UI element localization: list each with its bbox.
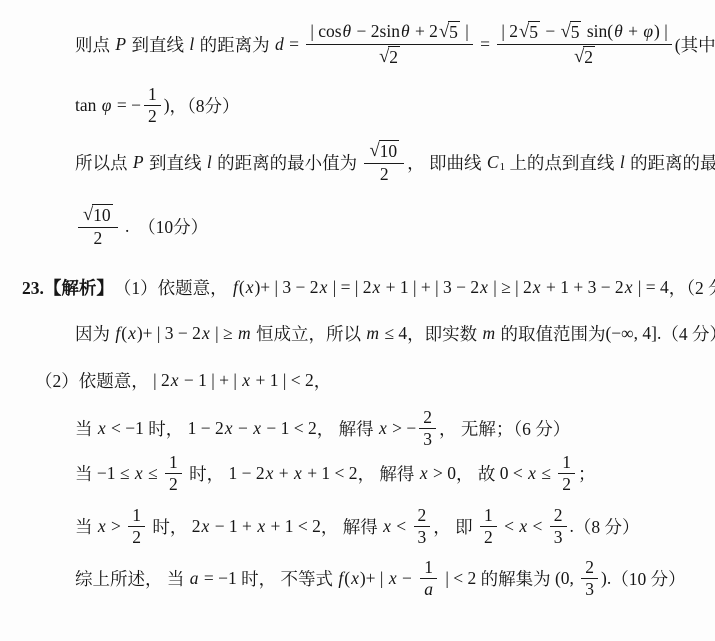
math-text: 1 <box>132 506 141 525</box>
math-variable: x <box>245 277 255 298</box>
cjk-text: 到直线 <box>127 32 188 57</box>
cjk-text: 当 <box>75 514 97 539</box>
math-text: = <box>476 34 495 55</box>
math-text: 2 <box>148 107 157 126</box>
cjk-text: 恒成立，所以 <box>252 321 366 346</box>
math-variable: m <box>237 323 252 344</box>
math-text: | cos <box>310 22 341 41</box>
math-text: )+ | 3 − 2 <box>254 277 318 298</box>
fraction-numerator: 1 <box>420 558 437 579</box>
fraction: 12 <box>480 506 497 547</box>
math-variable: x <box>479 277 489 298</box>
case3-line: 当 x > 12 时， 2x − 1 + x + 1 < 2， 解得 x < 2… <box>0 502 715 550</box>
math-text: (−∞, 4]. <box>605 323 661 344</box>
math-text: + 1 + 3 − 2 <box>542 277 624 298</box>
math-text: ≤ <box>144 463 162 484</box>
math-text: 1 <box>169 453 178 472</box>
cjk-text: 的距离的最小值为 <box>626 150 715 175</box>
math-variable: φ <box>101 95 113 116</box>
cjk-text: 时， <box>185 461 229 486</box>
cjk-text: 的距离为 <box>195 32 274 57</box>
math-variable: θ <box>613 22 624 41</box>
math-text: − <box>234 418 253 439</box>
math-text: | = | 2 <box>328 277 371 298</box>
math-variable: P <box>114 34 127 55</box>
fraction-numerator: | 2√5 − √5 sin(θ + φ) | <box>497 21 671 44</box>
radical: √5 <box>561 21 582 42</box>
math-text: + <box>274 463 293 484</box>
cjk-text: ， 解得 <box>317 416 378 441</box>
math-variable: x <box>256 516 266 537</box>
fraction-denominator: 3 <box>414 527 431 547</box>
math-text: > 0 <box>429 463 456 484</box>
part1-conclusion-line: 因为 f(x)+ | 3 − 2x | ≥ m 恒成立，所以 m ≤ 4，即实数… <box>0 318 715 348</box>
radical: √5 <box>519 21 540 42</box>
math-text: 2 <box>389 47 398 67</box>
radical-sign: √ <box>439 22 449 41</box>
min-distance-line: 所以点 P 到直线 l 的距离的最小值为 √102， 即曲线 C1 上的点到直线… <box>0 128 715 196</box>
math-text: 2 <box>169 475 178 494</box>
math-text: − 1 < 2 <box>262 418 317 439</box>
math-text: 2 <box>380 165 389 184</box>
math-text: 3 <box>418 528 427 547</box>
subscript: 1 <box>500 161 506 173</box>
fraction-denominator: 2 <box>165 474 182 494</box>
math-text: 0 < <box>500 463 527 484</box>
fraction-numerator: 2 <box>414 506 431 527</box>
fraction-numerator: 1 <box>165 453 182 474</box>
math-text: | 2 <box>501 22 518 41</box>
math-variable: x <box>382 516 392 537</box>
math-variable: x <box>371 277 381 298</box>
radicand: 2 <box>583 46 595 67</box>
math-text: 3 <box>585 580 594 599</box>
math-text: 2 <box>93 229 102 248</box>
math-text: 2 <box>484 528 493 547</box>
math-text: > − <box>388 418 417 439</box>
math-text: < <box>500 516 519 537</box>
math-variable: θ <box>400 22 411 41</box>
fraction: 12 <box>144 85 161 126</box>
math-text: 2 <box>132 528 141 547</box>
math-text: = <box>285 34 304 55</box>
math-variable: x <box>201 516 211 537</box>
cjk-text: 时， <box>148 514 192 539</box>
math-text: < <box>392 516 411 537</box>
math-text: ) | <box>654 22 668 41</box>
cjk-text: 综上所述， 当 <box>75 566 189 591</box>
math-variable: x <box>97 516 107 537</box>
fraction-denominator: 2 <box>480 527 497 547</box>
radicand: 5 <box>448 21 460 42</box>
math-variable: x <box>241 370 251 391</box>
math-text: 3 <box>423 430 432 449</box>
radicand: 10 <box>379 140 400 161</box>
fraction-numerator: 1 <box>128 506 145 527</box>
fraction: 23 <box>550 506 567 547</box>
cjk-text: ， <box>314 368 332 393</box>
fraction-denominator: a <box>419 579 438 599</box>
math-variable: x <box>224 418 234 439</box>
radicand: 5 <box>570 21 582 42</box>
math-text: 5 <box>449 22 458 42</box>
math-variable: f <box>114 323 121 344</box>
math-text: − 2sin <box>352 22 400 41</box>
fraction: 23 <box>414 506 431 547</box>
math-variable: x <box>127 323 137 344</box>
math-text: > <box>107 516 126 537</box>
fraction-numerator: 2 <box>419 408 436 429</box>
fraction-denominator: 2 <box>89 228 106 248</box>
math-text: < −1 <box>107 418 144 439</box>
cjk-text: 时， 不等式 <box>237 566 338 591</box>
fraction-denominator: 2 <box>558 474 575 494</box>
math-text: . <box>121 216 130 237</box>
cjk-text: 的解集为 <box>476 566 555 591</box>
fraction-numerator: 2 <box>581 558 598 579</box>
fraction-denominator: √2 <box>569 45 600 67</box>
case1-line: 当 x < −1 时， 1 − 2x − x − 1 < 2， 解得 x > −… <box>0 412 715 444</box>
radicand: 5 <box>528 21 540 42</box>
fraction-numerator: 1 <box>144 85 161 106</box>
cjk-text: ； <box>578 461 596 486</box>
math-text: (0, <box>555 568 578 589</box>
radicand: 2 <box>388 46 400 67</box>
math-text: = −1 <box>200 568 237 589</box>
fraction: 12 <box>128 506 145 547</box>
math-text: 2 <box>562 475 571 494</box>
radical: √10 <box>369 140 399 161</box>
math-text: 5 <box>571 22 580 42</box>
fraction-numerator: 1 <box>558 453 575 474</box>
radicand: 10 <box>92 204 113 225</box>
math-variable: x <box>170 370 180 391</box>
bold-label: 23.【解析】 <box>22 275 114 300</box>
cjk-text: 所以点 <box>75 150 132 175</box>
math-variable: x <box>134 463 144 484</box>
math-variable: x <box>350 568 360 589</box>
math-variable: a <box>189 568 200 589</box>
math-variable: x <box>527 463 537 484</box>
math-text: 10 <box>380 141 398 161</box>
math-text: | <box>461 22 469 41</box>
cjk-text: ， 故 <box>456 461 500 486</box>
radical: √5 <box>439 21 460 42</box>
math-variable: x <box>293 463 303 484</box>
math-variable: x <box>518 516 528 537</box>
fraction: √102 <box>78 204 118 247</box>
math-text: )+ | 3 − 2 <box>137 323 201 344</box>
math-variable: x <box>624 277 634 298</box>
math-text: ≤ 4 <box>380 323 407 344</box>
math-text: + 1 < 2 <box>303 463 358 484</box>
fraction-denominator: 2 <box>376 164 393 184</box>
fraction-denominator: 2 <box>144 106 161 126</box>
math-text: − <box>541 22 560 41</box>
cjk-text: ， 解得 <box>358 461 419 486</box>
radical: √2 <box>574 46 595 67</box>
cjk-text: （1）依题意， <box>114 275 232 300</box>
math-variable: C <box>486 152 500 173</box>
math-text: 2 <box>423 408 432 427</box>
fraction: 23 <box>419 408 436 449</box>
math-text: 1 − 2 <box>229 463 265 484</box>
cjk-text: 时， <box>144 416 188 441</box>
math-text: 3 <box>554 528 563 547</box>
problem-23-part1-line: 23.【解析】（1）依题意， f(x)+ | 3 − 2x | = | 2x +… <box>0 256 715 318</box>
radical-sign: √ <box>519 22 529 41</box>
math-text: sin( <box>582 22 613 41</box>
math-text: 2 <box>584 47 593 67</box>
math-text: + 1 | < 2 <box>251 370 314 391</box>
math-variable: m <box>481 323 496 344</box>
fraction-numerator: 1 <box>480 506 497 527</box>
math-text: 2 <box>192 516 201 537</box>
math-variable: x <box>265 463 275 484</box>
tan-phi-line: tan φ = −12)，（8分） <box>0 82 715 128</box>
cjk-text: ， 即曲线 <box>407 150 486 175</box>
math-text: = − <box>112 95 141 116</box>
radical-sign: √ <box>379 47 389 66</box>
math-variable: x <box>532 277 542 298</box>
math-text: | ≥ | 2 <box>489 277 532 298</box>
math-variable: P <box>132 152 145 173</box>
math-variable: x <box>201 323 211 344</box>
part2-setup-line: （2）依题意， | 2x − 1 | + | x + 1 | < 2， <box>0 348 715 412</box>
fraction-denominator: √2 <box>374 45 405 67</box>
math-text: ≤ <box>537 463 555 484</box>
math-variable: f <box>232 277 239 298</box>
cjk-text: ，（2 分） <box>669 275 715 300</box>
math-text: < <box>528 516 547 537</box>
math-text: 5 <box>529 22 538 42</box>
math-variable: l <box>206 152 213 173</box>
cjk-text: 上的点到直线 <box>505 150 619 175</box>
cjk-text: 则点 <box>75 32 114 57</box>
math-text: 2 <box>418 506 427 525</box>
math-text: − 1 | + | <box>180 370 242 391</box>
math-text: − <box>398 568 417 589</box>
math-variable: l <box>188 34 195 55</box>
math-variable: d <box>274 34 285 55</box>
math-text: 1 <box>148 85 157 104</box>
fraction-denominator: 3 <box>419 429 436 449</box>
fraction: 1a <box>419 558 438 599</box>
fraction: | cosθ − 2sinθ + 2√5 |√2 <box>306 21 472 66</box>
cjk-text: 当 <box>75 461 97 486</box>
fraction: 12 <box>165 453 182 494</box>
cjk-text: 当 <box>75 416 97 441</box>
math-text: 1 <box>562 453 571 472</box>
cjk-text: 到直线 <box>145 150 206 175</box>
math-text: | 2 <box>153 370 170 391</box>
radical-sign: √ <box>574 47 584 66</box>
fraction: 23 <box>581 558 598 599</box>
math-text: − 1 + <box>210 516 256 537</box>
fraction-denominator: 3 <box>581 579 598 599</box>
math-variable: x <box>252 418 262 439</box>
cjk-text: ， 即 <box>433 514 477 539</box>
math-text: ). <box>601 568 611 589</box>
math-text: tan <box>75 95 101 116</box>
math-text: + 1 < 2 <box>266 516 321 537</box>
cjk-text: （10 分） <box>611 566 685 591</box>
radical: √2 <box>379 46 400 67</box>
math-variable: x <box>378 418 388 439</box>
radical: √10 <box>83 204 113 225</box>
distance-formula-line: 则点 P 到直线 l 的距离为 d = | cosθ − 2sinθ + 2√5… <box>0 6 715 82</box>
math-text: + <box>624 22 643 41</box>
fraction-numerator: 2 <box>550 506 567 527</box>
math-variable: f <box>337 568 344 589</box>
min-distance-result-line: √102 . （10分） <box>0 196 715 256</box>
math-variable: x <box>419 463 429 484</box>
cjk-text: 的取值范围为 <box>496 321 605 346</box>
math-text: + 1 | + | 3 − 2 <box>381 277 479 298</box>
cjk-text: ， 解得 <box>321 514 382 539</box>
fraction: 12 <box>558 453 575 494</box>
math-text: 2 <box>554 506 563 525</box>
math-text: | < 2 <box>441 568 476 589</box>
math-text: 1 − 2 <box>188 418 224 439</box>
fraction-numerator: | cosθ − 2sinθ + 2√5 | <box>306 21 472 44</box>
cjk-text: （2）依题意， <box>35 368 153 393</box>
fraction: | 2√5 − √5 sin(θ + φ) |√2 <box>497 21 671 66</box>
math-variable: m <box>365 323 380 344</box>
cjk-text: （4 分） <box>661 321 715 346</box>
math-variable: x <box>388 568 398 589</box>
cjk-text: 因为 <box>75 321 114 346</box>
math-text: −1 ≤ <box>97 463 134 484</box>
math-variable: θ <box>342 22 353 41</box>
cjk-text: （8 分） <box>574 514 640 539</box>
math-text: 1 <box>484 506 493 525</box>
cjk-text: ， 无解；（6 分） <box>439 416 570 441</box>
math-text: 10 <box>93 205 111 225</box>
math-text: )+ | <box>360 568 388 589</box>
fraction-numerator: √10 <box>364 140 404 163</box>
radical-sign: √ <box>561 22 571 41</box>
fraction-numerator: √10 <box>78 204 118 227</box>
fraction-denominator: 2 <box>128 527 145 547</box>
cjk-text: (其中 <box>675 32 715 57</box>
fraction: √102 <box>364 140 404 183</box>
math-text: | = 4 <box>633 277 668 298</box>
radical-sign: √ <box>83 205 93 224</box>
math-text: + 2 <box>411 22 438 41</box>
math-variable: φ <box>642 22 654 41</box>
cjk-text: 的距离的最小值为 <box>213 150 362 175</box>
math-text: 2 <box>585 558 594 577</box>
radical-sign: √ <box>369 141 379 160</box>
cjk-text: （10分） <box>129 214 208 239</box>
math-variable: l <box>619 152 626 173</box>
math-text: | ≥ <box>211 323 237 344</box>
summary-line: 综上所述， 当 a = −1 时， 不等式 f(x)+ | x − 1a | <… <box>0 550 715 606</box>
fraction-denominator: 3 <box>550 527 567 547</box>
math-text: 1 <box>424 558 433 577</box>
cjk-text: ，即实数 <box>407 321 481 346</box>
math-solution-document: 则点 P 到直线 l 的距离为 d = | cosθ − 2sinθ + 2√5… <box>0 0 715 641</box>
math-variable: x <box>319 277 329 298</box>
cjk-text: ，（8分） <box>170 93 240 118</box>
math-variable: x <box>97 418 107 439</box>
case2-line: 当 −1 ≤ x ≤ 12 时， 1 − 2x + x + 1 < 2， 解得 … <box>0 444 715 502</box>
math-variable: a <box>423 580 434 599</box>
